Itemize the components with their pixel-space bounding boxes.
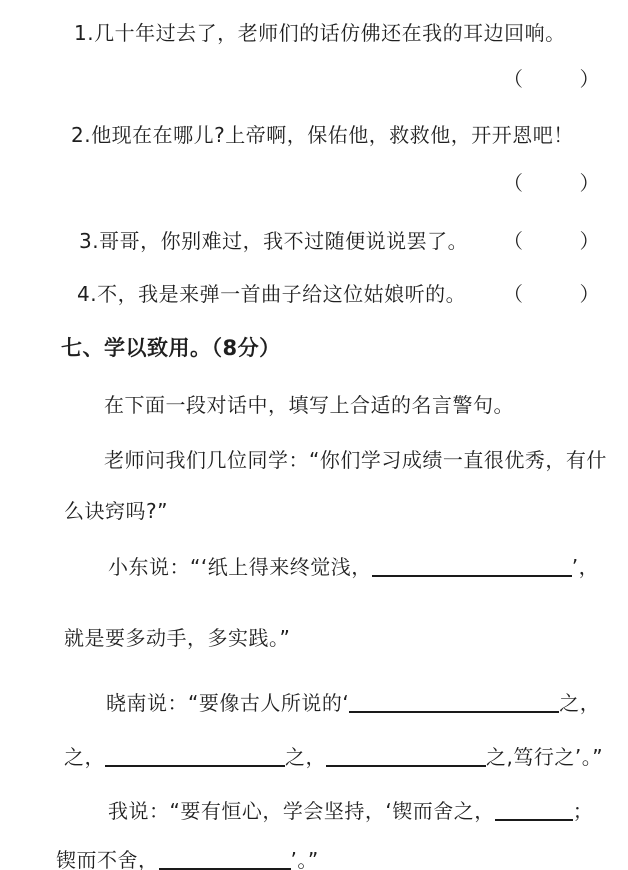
- text-segment: 我说：“要有恒心，学会坚持，‘锲而舍之，: [108, 799, 495, 823]
- me-dialogue-line2: 锲而不舍，’。”: [56, 845, 319, 870]
- answer-bracket-2: （）: [503, 170, 600, 196]
- text-segment: 之，: [285, 745, 326, 769]
- worksheet-page: 1.几十年过去了，老师们的话仿佛还在我的耳边回响。 （） 2.他现在在哪儿?上帝…: [0, 0, 628, 870]
- xiaonan-dialogue-line2: 之，之，之,笃行之’。”: [64, 742, 603, 770]
- open-paren: （: [503, 171, 524, 195]
- teacher-dialogue-line1: 老师问我们几位同学：“你们学习成绩一直很优秀，有什: [104, 447, 607, 473]
- text-segment: ；: [573, 799, 594, 823]
- me-dialogue-line1: 我说：“要有恒心，学会坚持，‘锲而舍之，；: [108, 796, 593, 824]
- xiaodong-dialogue-line1: 小东说：“‘纸上得来终觉浅，’，: [108, 552, 599, 580]
- open-paren: （: [503, 282, 524, 306]
- quote-item-1: 1.几十年过去了，老师们的话仿佛还在我的耳边回响。: [74, 20, 566, 46]
- text-segment: ’。”: [291, 848, 319, 870]
- answer-bracket-3: （）: [503, 228, 600, 254]
- text-segment: 小东说：“‘纸上得来终觉浅，: [108, 555, 372, 579]
- text-segment: 晓南说：“要像古人所说的‘: [106, 691, 349, 715]
- fill-in-blank-me-2: [159, 848, 291, 870]
- open-paren: （: [503, 67, 524, 91]
- open-paren: （: [503, 229, 524, 253]
- instruction-text: 在下面一段对话中，填写上合适的名言警句。: [104, 392, 514, 418]
- fill-in-blank-xiaodong: [372, 555, 572, 577]
- quote-item-2: 2.他现在在哪儿?上帝啊，保佑他，救救他，开开恩吧！: [71, 122, 574, 148]
- close-paren: ）: [580, 171, 601, 195]
- answer-bracket-1: （）: [503, 66, 600, 92]
- text-segment: 之，: [559, 691, 600, 715]
- answer-bracket-4: （）: [503, 281, 600, 307]
- xiaonan-dialogue-line1: 晓南说：“要像古人所说的‘之，: [106, 688, 600, 716]
- fill-in-blank-xiaonan-2: [105, 745, 285, 767]
- close-paren: ）: [580, 282, 601, 306]
- close-paren: ）: [580, 67, 601, 91]
- teacher-dialogue-line2: 么诀窍吗?”: [64, 498, 168, 524]
- text-segment: ’，: [572, 555, 599, 579]
- fill-in-blank-xiaonan-1: [349, 691, 559, 713]
- quote-item-3: 3.哥哥，你别难过，我不过随便说说罢了。: [79, 228, 468, 254]
- close-paren: ）: [580, 229, 601, 253]
- section-title: 七、学以致用。（8分）: [61, 335, 281, 361]
- text-segment: 锲而不舍，: [56, 848, 159, 870]
- xiaodong-dialogue-line2: 就是要多动手，多实践。”: [64, 625, 290, 651]
- text-segment: 之，: [64, 745, 105, 769]
- fill-in-blank-me-1: [495, 799, 573, 821]
- text-segment: 之,笃行之’。”: [486, 745, 603, 769]
- fill-in-blank-xiaonan-3: [326, 745, 486, 767]
- quote-item-4: 4.不，我是来弹一首曲子给这位姑娘听的。: [77, 281, 466, 307]
